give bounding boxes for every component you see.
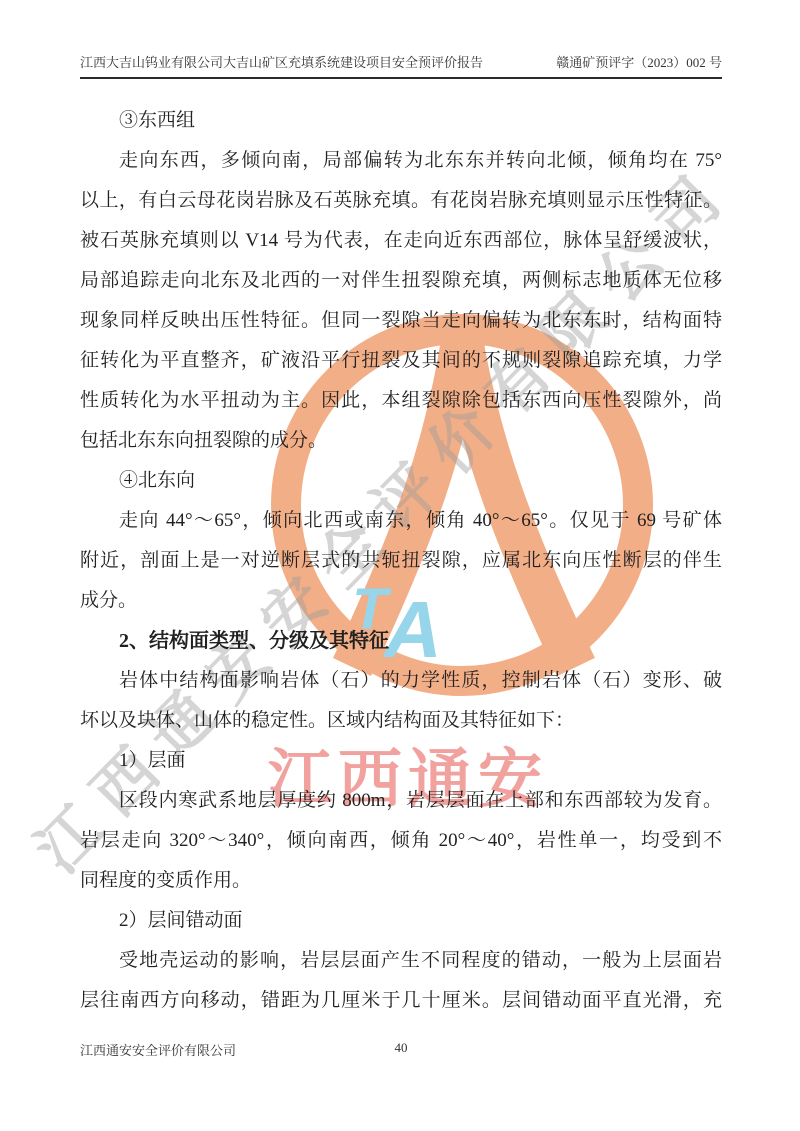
page-number: 40 (80, 1040, 722, 1056)
paragraph-line: 岩层走向 320°～340°，倾向南西，倾角 20°～40°，岩性单一，均受到不 (80, 821, 722, 861)
paragraph-line: 征转化为平直整齐，矿液沿平行扭裂及其间的不规则裂隙追踪充填，力学 (80, 341, 722, 381)
paragraph-line: 受地壳运动的影响，岩层层面产生不同程度的错动，一般为上层面岩 (80, 941, 722, 981)
paragraph-line: 走向 44°～65°，倾向北西或南东，倾角 40°～65°。仅见于 69 号矿体 (80, 501, 722, 541)
document-page: T A 江西通安安全评价有限公司 江西通安 江西大吉山钨业有限公司大吉山矿区充填… (0, 0, 800, 1131)
paragraph-line: 局部追踪走向北东及北西的一对伴生扭裂隙充填，两侧标志地质体无位移 (80, 261, 722, 301)
header-document-number: 赣通矿预评字（2023）002 号 (556, 52, 722, 71)
page-footer: 江西通安安全评价有限公司 40 (80, 1040, 722, 1060)
paragraph-line: 层往南西方向移动，错距为几厘米于几十厘米。层间错动面平直光滑，充 (80, 981, 722, 1021)
sub-heading: 2）层间错动面 (80, 901, 722, 941)
paragraph-line: 走向东西，多倾向南，局部偏转为北东东并转向北倾，倾角均在 75° (80, 141, 722, 181)
paragraph-line: 以上，有白云母花岗岩脉及石英脉充填。有花岗岩脉充填则显示压性特征。 (80, 181, 722, 221)
section-heading: 2、结构面类型、分级及其特征 (80, 621, 722, 661)
header-report-title: 江西大吉山钨业有限公司大吉山矿区充填系统建设项目安全预评价报告 (80, 52, 483, 71)
sub-heading: ③东西组 (80, 101, 722, 141)
paragraph-line: 成分。 (80, 581, 722, 621)
page-header: 江西大吉山钨业有限公司大吉山矿区充填系统建设项目安全预评价报告 赣通矿预评字（2… (80, 52, 722, 79)
paragraph-line: 同程度的变质作用。 (80, 861, 722, 901)
sub-heading: ④北东向 (80, 461, 722, 501)
paragraph-line: 性质转化为水平扭动为主。因此，本组裂隙除包括东西向压性裂隙外，尚 (80, 381, 722, 421)
paragraph-line: 被石英脉充填则以 V14 号为代表，在走向近东西部位，脉体呈舒缓波状， (80, 221, 722, 261)
sub-heading: 1）层面 (80, 741, 722, 781)
document-body: ③东西组走向东西，多倾向南，局部偏转为北东东并转向北倾，倾角均在 75°以上，有… (80, 101, 722, 1021)
paragraph-line: 区段内寒武系地层厚度约 800m，岩层层面在上部和东西部较为发育。 (80, 781, 722, 821)
paragraph-line: 岩体中结构面影响岩体（石）的力学性质，控制岩体（石）变形、破 (80, 661, 722, 701)
paragraph-line: 现象同样反映出压性特征。但同一裂隙当走向偏转为北东东时，结构面特 (80, 301, 722, 341)
paragraph-line: 包括北东东向扭裂隙的成分。 (80, 421, 722, 461)
paragraph-line: 坏以及块体、山体的稳定性。区域内结构面及其特征如下： (80, 701, 722, 741)
paragraph-line: 附近，剖面上是一对逆断层式的共轭扭裂隙，应属北东向压性断层的伴生 (80, 541, 722, 581)
